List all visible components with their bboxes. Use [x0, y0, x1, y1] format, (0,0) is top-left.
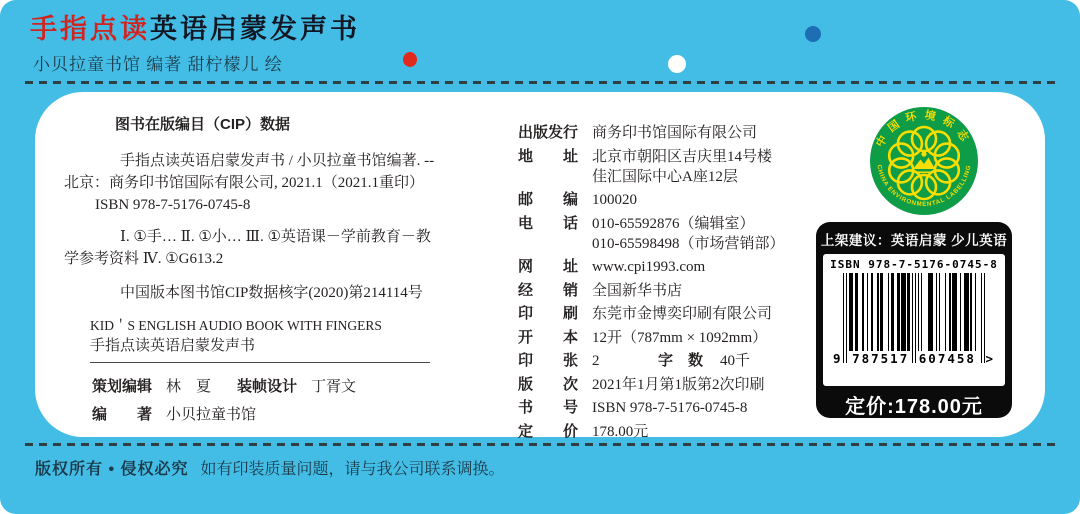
pub-row-publisher: 出版发行 商务印书馆国际有限公司: [518, 123, 868, 143]
cip-heading: 图书在版编目（CIP）数据: [64, 114, 514, 136]
author-label: 编 著: [92, 406, 152, 423]
credits-row-2: 编 著小贝拉童书馆: [92, 401, 514, 429]
designer-name: 丁胥文: [311, 379, 356, 395]
book-title-dark-part: 英语启蒙发声书: [150, 14, 360, 44]
book-copyright-page: 手指点读英语启蒙发声书 小贝拉童书馆 编著 甜柠檬儿 绘 图书在版编目（CIP）…: [0, 0, 1080, 514]
pub-row-price: 定 价 178.00元: [518, 422, 868, 442]
decorative-white-dot: [668, 55, 686, 73]
cip-block: 图书在版编目（CIP）数据 手指点读英语启蒙发声书 / 小贝拉童书馆编著. --…: [64, 114, 514, 429]
cip-classification-1: Ⅰ. ①手… Ⅱ. ①小… Ⅲ. ①英语课－学前教育－教: [64, 226, 514, 248]
book-title: 手指点读英语启蒙发声书: [30, 13, 360, 45]
credits-divider: [90, 362, 430, 363]
decorative-red-dot: [403, 52, 417, 67]
cip-isbn: ISBN 978-7-5176-0745-8: [64, 194, 514, 216]
english-title: KID＇S ENGLISH AUDIO BOOK WITH FINGERS: [64, 316, 514, 335]
top-dashed-divider: [25, 81, 1055, 84]
cip-line2: 北京：商务印书馆国际有限公司, 2021.1（2021.1重印）: [64, 172, 514, 194]
book-title-red-part: 手指点读: [30, 14, 150, 44]
cip-registry-number: 中国版本图书馆CIP数据核字(2020)第214114号: [64, 282, 514, 304]
pub-row-postcode: 邮 编 100020: [518, 190, 868, 210]
barcode-panel: ISBN 978-7-5176-0745-8 9 787517 607458 >: [823, 254, 1005, 386]
chinese-title: 手指点读英语启蒙发声书: [64, 335, 514, 357]
price-barcode-block: 上架建议：英语启蒙 少儿英语 ISBN 978-7-5176-0745-8 9 …: [816, 222, 1012, 418]
cip-classification-2: 学参考资料 Ⅳ. ①G613.2: [64, 248, 514, 270]
copyright-footer: 版权所有 • 侵权必究如有印装质量问题，请与我公司联系调换。: [35, 456, 505, 479]
shelf-advice: 上架建议：英语启蒙 少儿英语: [816, 229, 1012, 249]
planning-editor-name: 林 夏: [166, 379, 211, 395]
design-label: 装帧设计: [237, 378, 297, 395]
credits-block: 策划编辑林 夏装帧设计丁胥文 编 著小贝拉童书馆: [64, 373, 514, 429]
decorative-blue-dot: [805, 26, 821, 42]
barcode-digits: 9 787517 607458 >: [823, 351, 1005, 366]
copyright-notice: 版权所有 • 侵权必究: [35, 461, 189, 478]
bottom-dashed-divider: [25, 443, 1055, 446]
barcode-isbn-text: ISBN 978-7-5176-0745-8: [823, 258, 1005, 271]
byline: 小贝拉童书馆 编著 甜柠檬儿 绘: [33, 50, 283, 75]
china-environmental-labelling-icon: 中国环境标志 CHINA ENVIRONMENTAL LABELLING: [868, 105, 980, 217]
pub-row-address: 地 址 北京市朝阳区吉庆里14号楼佳汇国际中心A座12层: [518, 147, 868, 187]
price-text: 定价:178.00元: [816, 390, 1012, 419]
planning-editor-label: 策划编辑: [92, 378, 152, 395]
credits-row-1: 策划编辑林 夏装帧设计丁胥文: [92, 373, 514, 401]
exchange-notice: 如有印装质量问题，请与我公司联系调换。: [201, 461, 505, 478]
author-name: 小贝拉童书馆: [166, 407, 256, 423]
cip-line1: 手指点读英语启蒙发声书 / 小贝拉童书馆编著. --: [64, 150, 514, 172]
